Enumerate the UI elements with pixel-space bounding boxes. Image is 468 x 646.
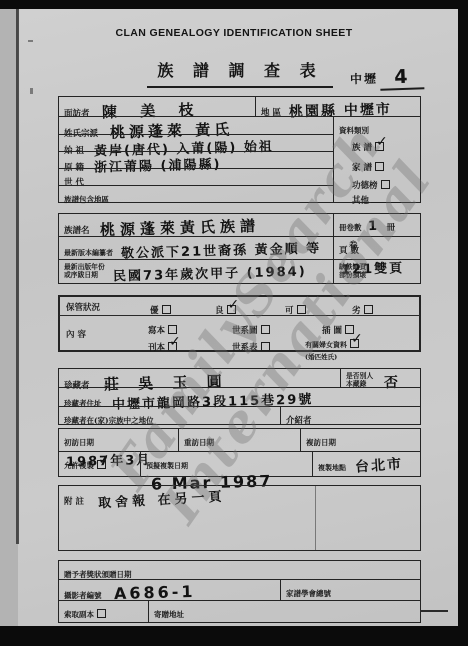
content-women-records: 有關婦女資料 (婚匹姓氏) [305, 334, 359, 361]
content-pedigree-table: 世系表 [232, 337, 270, 355]
request-copy-label: 索取副本 [64, 610, 94, 619]
condition-fair-label: 可 [285, 306, 294, 316]
missing-pages-label-line1: 缺軼缺頁 [339, 263, 415, 271]
followup-visit-label: 複訪日期 [306, 438, 336, 447]
chinese-title-text: 族 譜 調 查 表 [147, 58, 332, 88]
checkbox-women-records [350, 339, 359, 348]
missing-pages-label-line2: 部份損壞 [339, 271, 415, 279]
checkbox-excellent [162, 305, 171, 314]
cell-society-number: 家譜學會總號 [280, 579, 421, 601]
cell-send-address: 寄贈地址 [148, 600, 421, 623]
cell-copy-place: 複製地點 台北市 [312, 451, 421, 477]
category-option-other: 其他 [352, 190, 411, 208]
volumes-label: 冊卷數 [339, 223, 362, 232]
cell-area: 地 區 桃園縣 中壢市 [255, 96, 421, 117]
publication-date-label-line1: 最新出版年份 [64, 263, 105, 271]
condition-fair: 可 [285, 300, 306, 318]
page-annotation: 中壢4 [350, 66, 424, 90]
condition-excellent-label: 優 [150, 306, 159, 316]
cell-photographer-number: 攝影者編號 A686-1 [58, 579, 281, 601]
checkbox-printed [168, 342, 177, 351]
checkbox-poor [364, 305, 373, 314]
scan-artifact [28, 40, 33, 42]
content-pedigree-chart: 世系圖 [232, 320, 270, 338]
cell-permit-copy: 允許複製 [58, 451, 141, 477]
cell-first-visit: 初訪日期 1987年3月 [58, 428, 179, 452]
other-fill-line [371, 194, 411, 203]
condition-poor-label: 劣 [352, 306, 361, 316]
scan-artifact [30, 88, 33, 94]
page-annotation-number: 4 [380, 65, 425, 91]
checkbox-pedigree-chart [261, 325, 270, 334]
checkbox-clan-genealogy [375, 142, 384, 151]
category-other-label: 其他 [352, 196, 369, 206]
scan-right-bar [458, 0, 468, 646]
condition-good-label: 良 [215, 306, 224, 316]
content-women-records-sublabel: (婚匹姓氏) [305, 352, 359, 361]
cell-clan-name: 姓氏宗派 桃源蓬萊 黃氏 [58, 116, 334, 135]
pages-label: 頁 數 [339, 246, 359, 256]
introducer-label: 介紹者 [286, 416, 312, 426]
checkbox-family-genealogy [375, 162, 384, 171]
cell-compiler: 最新版本編纂者 敬公派下21世裔孫 黃金順 等 [58, 236, 334, 260]
scan-bottom-bar [0, 626, 468, 646]
category-option-family-genealogy: 家 譜 [352, 157, 384, 175]
cell-missing-pages: 缺軼缺頁 部份損壞 [333, 259, 421, 284]
content-printed: 刊本 [148, 337, 177, 355]
compiler-value: 敬公派下21世裔孫 黃金順 等 [121, 237, 322, 261]
copy-place-value: 台北市 [355, 453, 404, 476]
english-title: CLAN GENEALOGY IDENTIFICATION SHEET [86, 27, 382, 39]
cell-notes: 附 註 取舍報 在另一頁 [58, 485, 421, 551]
category-option-clan-genealogy: 族 譜 [352, 137, 384, 155]
cell-introducer: 介紹者 [280, 406, 421, 425]
content-women-records-label: 有關婦女資料 [305, 340, 347, 349]
checkbox-manuscript [168, 325, 177, 334]
chinese-title: 族 譜 調 查 表 [128, 58, 352, 88]
condition-poor: 劣 [352, 300, 373, 318]
content-pedigree-table-label: 世系表 [232, 343, 258, 353]
condition-good: 良 [215, 300, 236, 318]
notes-divider [315, 486, 316, 550]
scan-line-artifact [420, 610, 448, 612]
copy-place-label: 複製地點 [318, 463, 346, 472]
cell-interviewer: 面訪者 陳 美 枝 [58, 96, 256, 117]
publication-date-value: 民國73年歲次甲子 (1984) [113, 260, 307, 284]
lend-label-line1: 是否別人 [346, 372, 373, 380]
scan-top-bar [0, 0, 468, 9]
cell-copy-date: 預擬複製日期 6 Mar 1987 [140, 451, 313, 477]
cell-generations: 世 代 [58, 168, 334, 186]
content-printed-label: 刊本 [148, 343, 165, 353]
cell-owner-address: 珍藏者住址 中壢市龍岡路3段115巷29號 [58, 387, 421, 407]
cell-owner: 珍藏者 莊 吳 玉 圓 [58, 368, 341, 388]
checkbox-permit-copy [97, 460, 106, 469]
notes-label: 附 註 [64, 497, 84, 507]
category-option-label: 族 譜 [352, 143, 372, 153]
cell-origin: 原 籍 浙江莆陽 (浦陽縣) [58, 151, 334, 169]
cell-request-copy: 索取副本 [58, 600, 149, 623]
cell-lend-status: 是否別人 本藏錄 否 [340, 368, 421, 388]
cell-volumes: 冊卷數 1 冊 卷 [333, 213, 421, 237]
content-label: 內 容 [66, 328, 86, 340]
cell-genealogy-title: 族譜名 桃源蓬萊黃氏族譜 [58, 213, 334, 237]
category-option-label: 家 譜 [352, 163, 372, 173]
cell-publication-date: 最新出版年份 或序跋日期 民國73年歲次甲子 (1984) [58, 259, 334, 284]
cell-revisit: 重訪日期 [178, 428, 301, 452]
page-annotation-place: 中壢 [350, 70, 378, 88]
cell-pages: 頁 數 121雙頁 [333, 236, 421, 260]
notes-value: 取舍報 在另一頁 [98, 486, 226, 512]
condition-label: 保管狀況 [66, 301, 100, 313]
scan-left-edge-line [16, 9, 19, 544]
coverage-label: 族譜包含地區 [64, 195, 109, 204]
cell-followup-visit: 複訪日期 [300, 428, 421, 452]
volumes-unit-册: 冊 [386, 223, 395, 233]
checkbox-request-copy [97, 609, 106, 618]
first-visit-label: 初訪日期 [64, 438, 94, 447]
checkbox-pedigree-table [261, 342, 270, 351]
compiler-label: 最新版本編纂者 [64, 248, 113, 257]
cell-category: 資料類別 族 譜 家 譜 功德榜 其他 [333, 116, 421, 203]
revisit-label: 重訪日期 [184, 438, 214, 447]
genealogy-title-label: 族譜名 [64, 226, 90, 236]
cell-award-date: 贈予者獎狀頒贈日期 [58, 560, 421, 580]
cell-founder: 始 祖 黃岸(唐代) 入莆(陽) 始祖 [58, 134, 334, 152]
checkbox-fair [297, 305, 306, 314]
category-title: 資料類別 [339, 126, 369, 135]
condition-excellent: 優 [150, 300, 171, 318]
publication-date-label-line2: 或序跋日期 [64, 271, 105, 279]
checkbox-merit-board [381, 180, 390, 189]
volumes-value: 1 [368, 219, 379, 234]
society-number-label: 家譜學會總號 [286, 589, 331, 598]
content-pedigree-chart-label: 世系圖 [232, 326, 258, 336]
photographer-number-label: 攝影者編號 [64, 591, 102, 600]
scanned-genealogy-sheet: FamilySearch International CLAN GENEALOG… [0, 0, 468, 646]
checkbox-good [227, 305, 236, 314]
owner-position-label: 珍藏者在(家)宗族中之地位 [64, 416, 154, 425]
copy-date-label: 預擬複製日期 [146, 461, 188, 470]
permit-copy-label: 允許複製 [64, 461, 94, 470]
send-address-label: 寄贈地址 [154, 610, 184, 619]
cell-coverage: 族譜包含地區 [58, 185, 334, 203]
content-manuscript-label: 寫本 [148, 326, 165, 336]
award-date-label: 贈予者獎狀頒贈日期 [64, 570, 132, 579]
cell-owner-position: 珍藏者在(家)宗族中之地位 [58, 406, 281, 425]
